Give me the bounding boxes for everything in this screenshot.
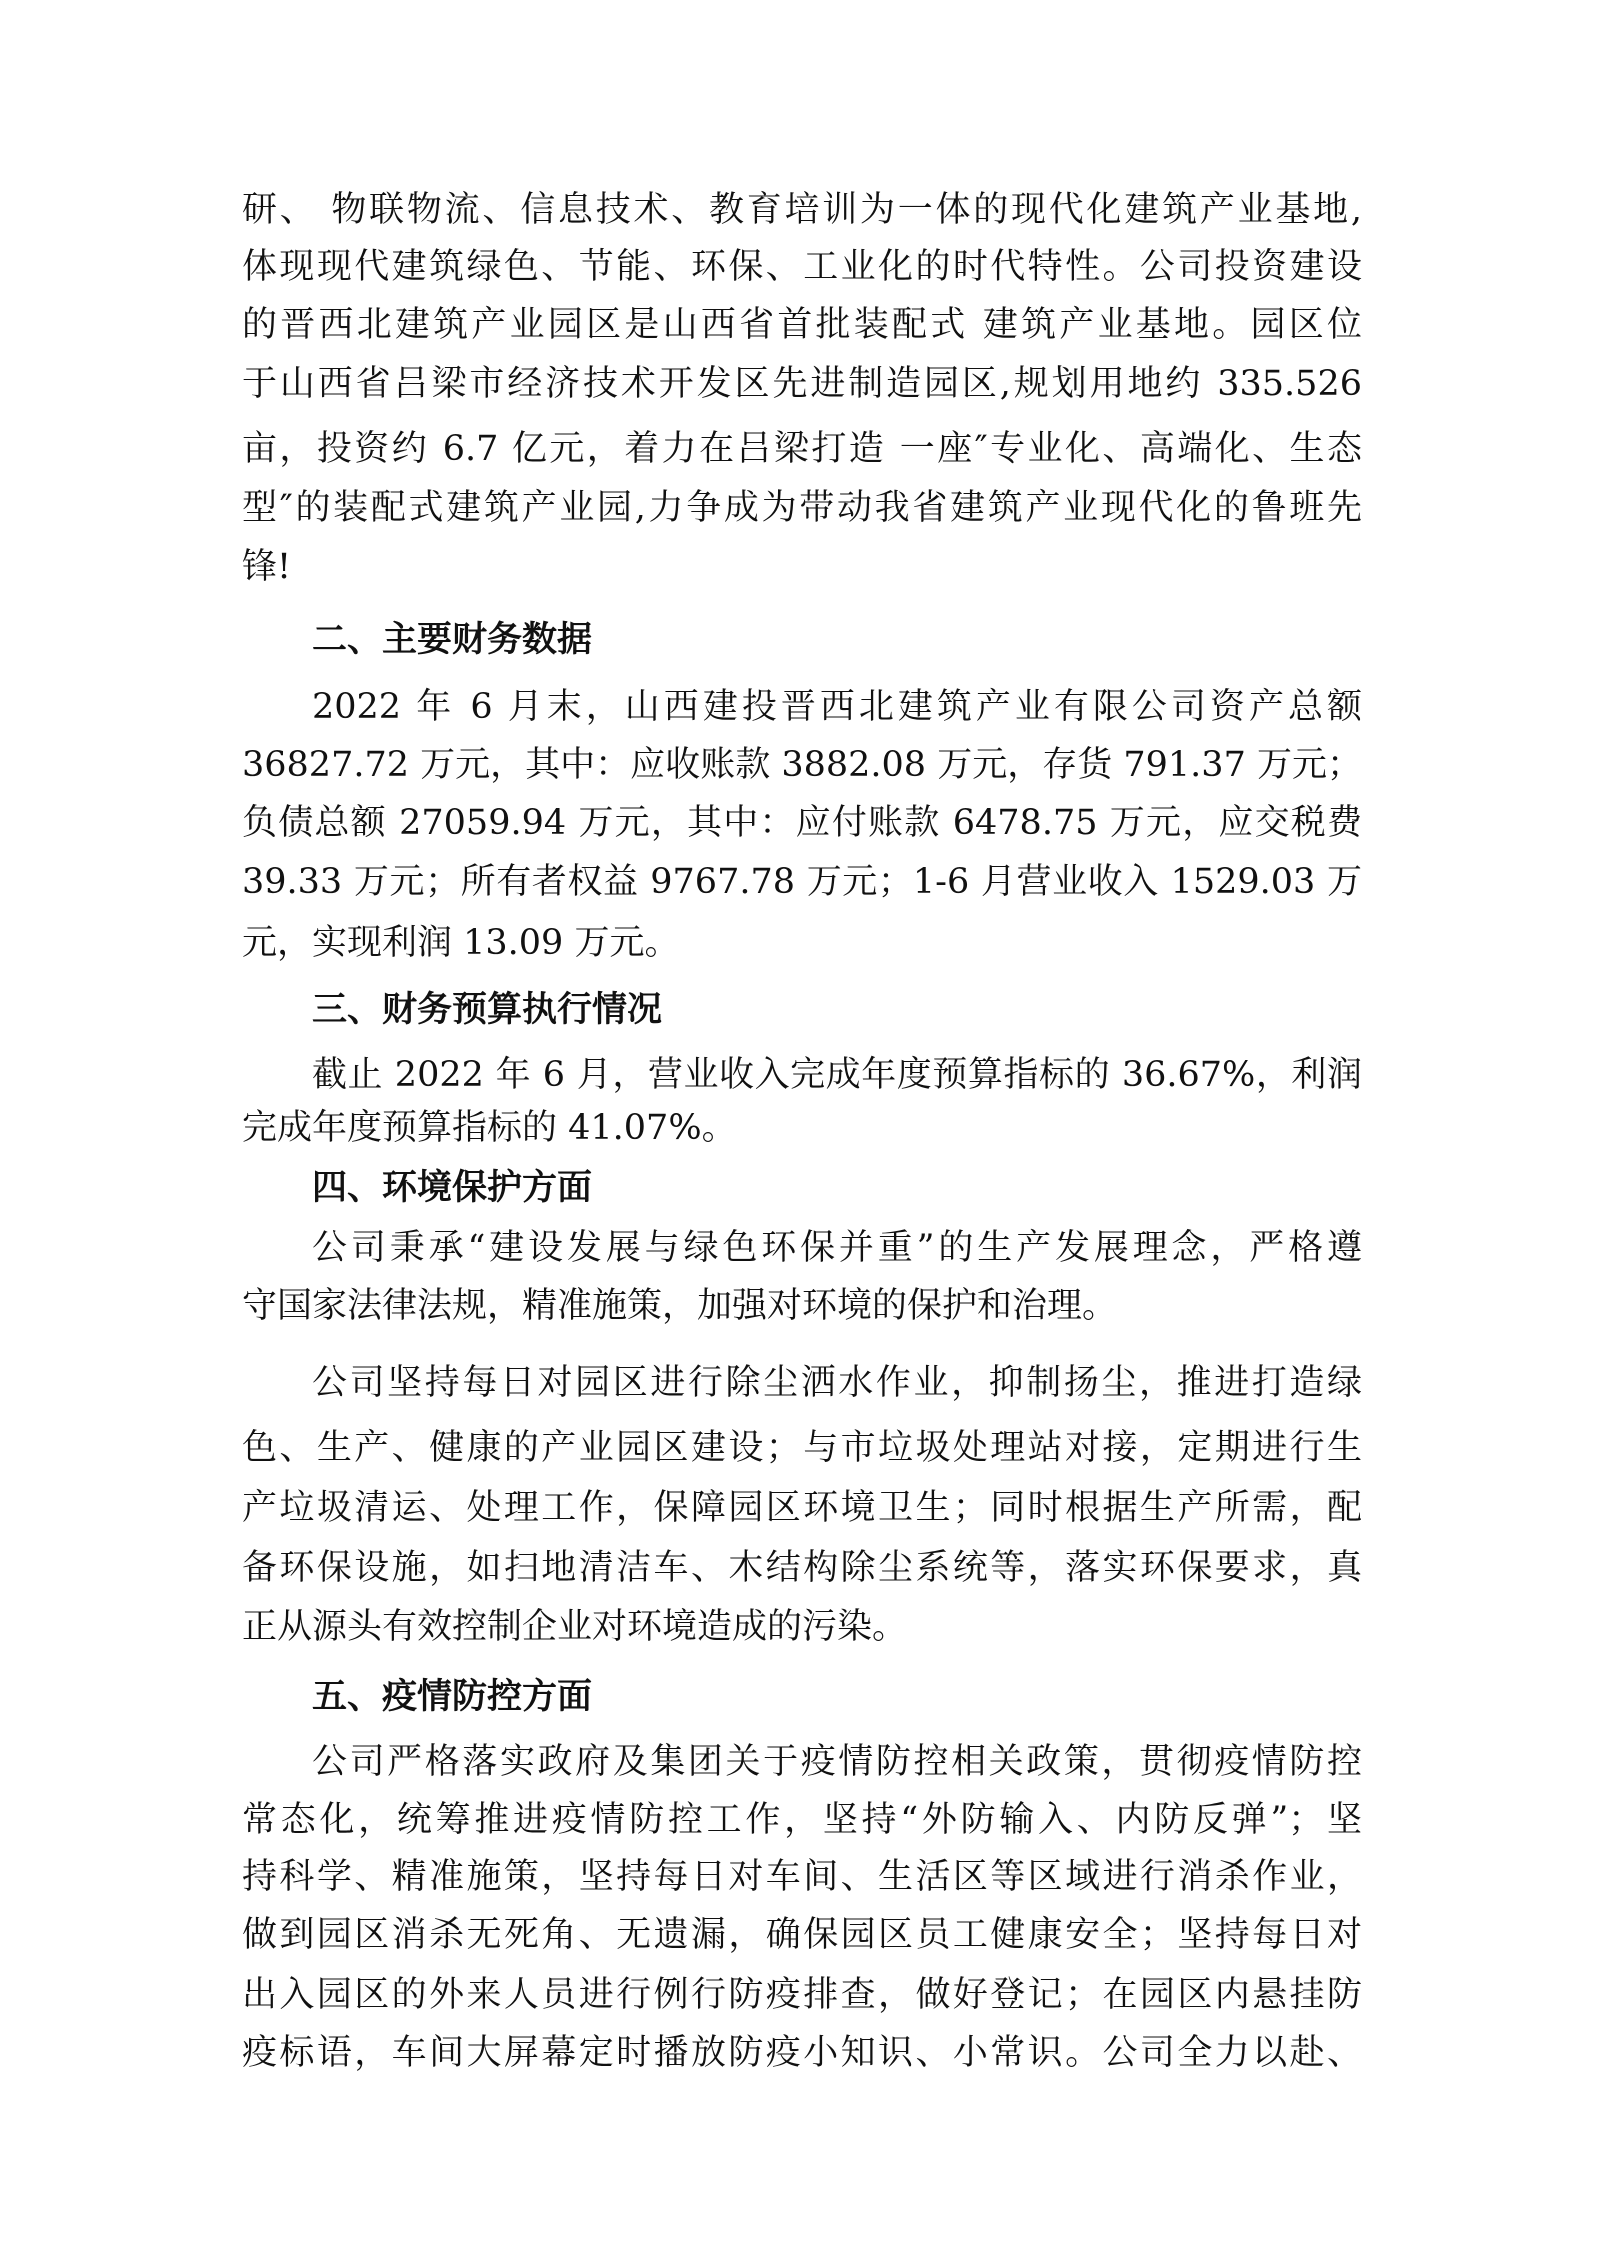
text-line: 39.33 万元；所有者权益 9767.78 万元；1-6 月营业收入 1529… xyxy=(242,853,1362,911)
text-line: 正从源头有效控制企业对环境造成的污染。 xyxy=(242,1598,1362,1656)
text-line: 于山西省吕梁市经济技术开发区先进制造园区,规划用地约 335.526 xyxy=(242,355,1362,413)
section-heading: 五、疫情防控方面 xyxy=(312,1668,592,1726)
text-line: 出入园区的外来人员进行例行防疫排查，做好登记；在园区内悬挂防 xyxy=(242,1966,1362,2024)
document-page: 研、 物联物流、信息技术、教育培训为一体的现代化建筑产业基地, 体现现代建筑绿色… xyxy=(0,0,1610,2261)
text-line: 2022 年 6 月末，山西建投晋西北建筑产业有限公司资产总额 xyxy=(312,678,1362,736)
text-line: 负债总额 27059.94 万元，其中：应付账款 6478.75 万元，应交税费 xyxy=(242,794,1362,852)
text-line: 公司秉承“建设发展与绿色环保并重”的生产发展理念，严格遵 xyxy=(312,1219,1362,1277)
text-line: 持科学、精准施策，坚持每日对车间、生活区等区域进行消杀作业， xyxy=(242,1848,1362,1906)
text-line: 亩，投资约 6.7 亿元，着力在吕梁打造 一座″专业化、高端化、生态 xyxy=(242,420,1362,478)
text-line: 的晋西北建筑产业园区是山西省首批装配式 建筑产业基地。园区位 xyxy=(242,296,1362,354)
text-line: 完成年度预算指标的 41.07%。 xyxy=(242,1099,1362,1157)
text-line: 产垃圾清运、处理工作，保障园区环境卫生；同时根据生产所需，配 xyxy=(242,1479,1362,1537)
text-line: 锋! xyxy=(242,538,1362,596)
text-line: 备环保设施，如扫地清洁车、木结构除尘系统等，落实环保要求，真 xyxy=(242,1539,1362,1597)
section-heading: 二、主要财务数据 xyxy=(312,611,592,669)
text-line: 公司坚持每日对园区进行除尘洒水作业，抑制扬尘，推进打造绿 xyxy=(312,1354,1362,1412)
text-line: 元，实现利润 13.09 万元。 xyxy=(242,914,1362,972)
text-line: 守国家法律法规，精准施策，加强对环境的保护和治理。 xyxy=(242,1277,1362,1335)
section-heading: 四、环境保护方面 xyxy=(312,1159,592,1217)
text-line: 公司严格落实政府及集团关于疫情防控相关政策，贯彻疫情防控 xyxy=(312,1733,1362,1791)
section-heading: 三、财务预算执行情况 xyxy=(312,981,662,1039)
text-line: 常态化，统筹推进疫情防控工作，坚持“外防输入、内防反弹”；坚 xyxy=(242,1791,1362,1849)
text-line: 截止 2022 年 6 月，营业收入完成年度预算指标的 36.67%，利润 xyxy=(312,1046,1362,1104)
text-line: 型″的装配式建筑产业园,力争成为带动我省建筑产业现代化的鲁班先 xyxy=(242,479,1362,537)
text-line: 研、 物联物流、信息技术、教育培训为一体的现代化建筑产业基地, xyxy=(242,181,1362,239)
text-line: 疫标语，车间大屏幕定时播放防疫小知识、小常识。公司全力以赴、 xyxy=(242,2024,1362,2082)
text-line: 体现现代建筑绿色、节能、环保、工业化的时代特性。公司投资建设 xyxy=(242,238,1362,296)
text-line: 36827.72 万元，其中：应收账款 3882.08 万元，存货 791.37… xyxy=(242,736,1362,794)
text-line: 色、生产、健康的产业园区建设；与市垃圾处理站对接，定期进行生 xyxy=(242,1419,1362,1477)
text-line: 做到园区消杀无死角、无遗漏，确保园区员工健康安全；坚持每日对 xyxy=(242,1906,1362,1964)
